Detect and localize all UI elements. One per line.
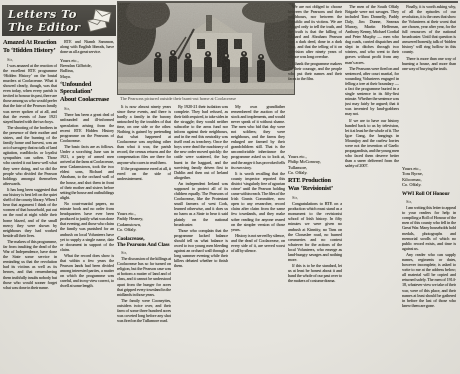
column-8: Finally, it is worth asking why, of all … bbox=[402, 4, 456, 372]
column-7: The men of the South Offaly Brigade were… bbox=[345, 4, 399, 372]
letter-body: My own grandfather remembered the auctio… bbox=[231, 104, 285, 372]
newspaper-letters-page: Letters To The Editor bbox=[0, 0, 460, 374]
salutation: Sir, bbox=[117, 250, 171, 255]
letter-body: I am writing this letter to appeal to yo… bbox=[402, 205, 456, 372]
letter-body: The discussion of the killings at Coolac… bbox=[117, 256, 171, 372]
column-2: RTE and Niamh Sammon, along with English… bbox=[60, 39, 114, 372]
column-4: By 1920-21 their isolation was complete.… bbox=[174, 104, 228, 372]
headline-amazed: Amazed At Reaction To ‘Hidden History’ bbox=[3, 39, 57, 54]
photo-caption: The Pearsons pictured outside their burn… bbox=[120, 96, 294, 101]
subhead-pearsons-line2: The Pearsons And Class bbox=[117, 242, 171, 248]
letter-body: By 1920-21 their isolation was complete.… bbox=[174, 104, 228, 372]
subhead-pearsons: Coolacrease, The Pearsons And Class bbox=[117, 236, 171, 248]
photo-image bbox=[118, 3, 294, 94]
signature-block: Yours etc.,Tom Byrne,Kilcormac,Co. Offal… bbox=[402, 166, 456, 187]
column-5: My own grandfather remembered the auctio… bbox=[231, 104, 285, 372]
column-1: Amazed At Reaction To ‘Hidden History’ S… bbox=[3, 39, 57, 372]
headline-amazed-line2: To ‘Hidden History’ bbox=[3, 47, 57, 55]
subhead-wwi: WWI Roll Of Honour bbox=[402, 191, 456, 197]
letters-photo bbox=[118, 3, 294, 94]
salutation: Sir, bbox=[288, 195, 342, 200]
letter-body: There has been a great deal of unfounded… bbox=[60, 112, 114, 372]
column-6: We are not obliged to choose between the… bbox=[288, 4, 342, 372]
salutation: Sir, bbox=[3, 57, 57, 62]
salutation: Sir, bbox=[402, 199, 456, 204]
letter-body: Congratulations to RTE on a production w… bbox=[288, 201, 342, 372]
letter-body: It is now almost ninety years since thes… bbox=[117, 104, 171, 209]
letter-body: The men of the South Offaly Brigade were… bbox=[345, 4, 399, 372]
headline-revisionist: RTE Production Was ‘Revisionist’ bbox=[288, 177, 342, 192]
letter-body: We are not obliged to choose between the… bbox=[288, 4, 342, 152]
column-3: It is now almost ninety years since thes… bbox=[117, 104, 171, 372]
letter-body: RTE and Niamh Sammon, along with English… bbox=[60, 39, 114, 56]
headline-revisionist-line2: Was ‘Revisionist’ bbox=[288, 185, 342, 193]
envelope-icon bbox=[85, 9, 113, 33]
signature-block: Yours etc.,Philip McConway,Tullamore,Co.… bbox=[288, 154, 342, 175]
letter-body: Finally, it is worth asking why, of all … bbox=[402, 4, 456, 164]
letter-body: I was amazed at the reaction of the exce… bbox=[3, 63, 57, 372]
signature-block: Yours etc.,Brendan Gilbride,Ballina,Mayo… bbox=[60, 58, 114, 79]
headline-speculation-line2: About Coolacrease bbox=[60, 96, 114, 104]
salutation: Sir, bbox=[60, 106, 114, 111]
headline-speculation: ‘Unfounded Speculation’ About Coolacreas… bbox=[60, 81, 114, 104]
headline-amazed-line1: Amazed At Reaction bbox=[3, 39, 57, 47]
signature-block: Yours etc.,Paddy Heaney,Cadamstown,Co. O… bbox=[117, 211, 171, 232]
headline-revisionist-line1: RTE Production bbox=[288, 177, 342, 185]
headline-speculation-line1: ‘Unfounded Speculation’ bbox=[60, 81, 114, 96]
letters-banner: Letters To The Editor bbox=[2, 5, 116, 36]
